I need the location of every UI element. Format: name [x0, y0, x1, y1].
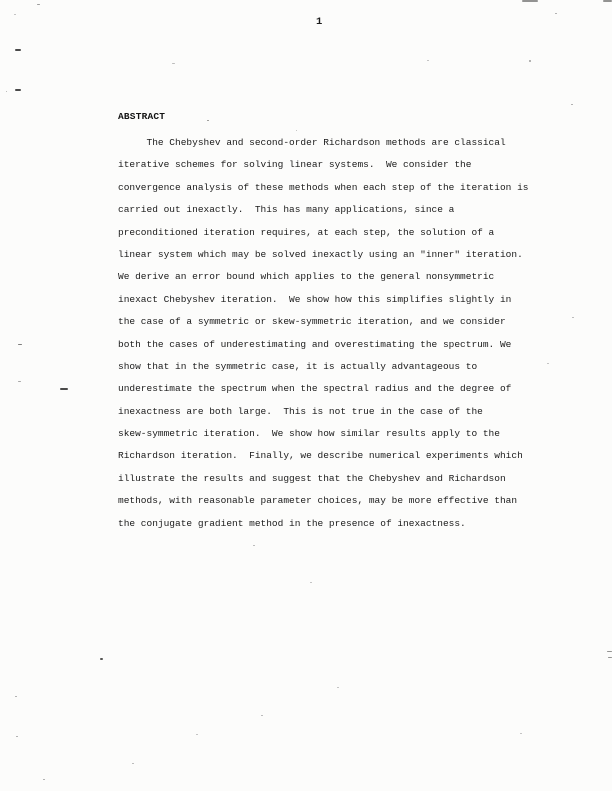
scan-artifact	[608, 657, 612, 658]
scan-artifact	[14, 14, 16, 15]
scan-artifact	[15, 49, 21, 51]
scan-artifact	[196, 734, 198, 735]
paragraph-line: convergence analysis of these methods wh…	[118, 177, 558, 199]
scan-artifact	[6, 91, 7, 92]
paragraph-line: the conjugate gradient method in the pre…	[118, 513, 558, 535]
scan-artifact	[172, 63, 175, 64]
page-number: 1	[316, 16, 322, 28]
scan-artifact	[207, 120, 209, 121]
scan-artifact	[520, 733, 522, 734]
paragraph-line: inexact Chebyshev iteration. We show how…	[118, 289, 558, 311]
paragraph-line: skew-symmetric iteration. We show how si…	[118, 423, 558, 445]
scan-artifact	[100, 658, 103, 660]
paragraph-line: the case of a symmetric or skew-symmetri…	[118, 311, 558, 333]
scan-artifact	[571, 104, 573, 105]
abstract-paragraph: The Chebyshev and second-order Richardso…	[118, 132, 558, 535]
scan-artifact	[43, 779, 45, 780]
scan-artifact	[572, 317, 574, 318]
scan-artifact	[15, 696, 17, 697]
paragraph-line: inexactness are both large. This is not …	[118, 401, 558, 423]
paragraph-line: iterative schemes for solving linear sys…	[118, 154, 558, 176]
scan-artifact	[37, 4, 40, 5]
scan-artifact	[261, 715, 263, 716]
scan-artifact	[603, 0, 612, 2]
paragraph-line: linear system which may be solved inexac…	[118, 244, 558, 266]
paragraph-line: The Chebyshev and second-order Richardso…	[118, 132, 558, 154]
scan-artifact	[310, 582, 312, 583]
scan-artifact	[18, 381, 21, 382]
paragraph-line: both the cases of underestimating and ov…	[118, 334, 558, 356]
paragraph-line: We derive an error bound which applies t…	[118, 266, 558, 288]
scan-artifact	[18, 344, 22, 345]
scan-artifact	[607, 651, 612, 652]
paragraph-line: methods, with reasonable parameter choic…	[118, 490, 558, 512]
scan-artifact	[555, 13, 557, 14]
scan-artifact	[296, 130, 297, 131]
paragraph-line: underestimate the spectrum when the spec…	[118, 378, 558, 400]
scanned-abstract-page: 1 ABSTRACT The Chebyshev and second-orde…	[0, 0, 612, 791]
scan-artifact	[522, 0, 538, 2]
paragraph-line: Richardson iteration. Finally, we descri…	[118, 445, 558, 467]
scan-artifact	[132, 763, 134, 764]
scan-artifact	[253, 545, 255, 546]
scan-artifact	[337, 687, 339, 688]
scan-artifact	[60, 388, 68, 390]
scan-artifact	[15, 89, 21, 91]
scan-artifact	[16, 736, 18, 737]
paragraph-line: show that in the symmetric case, it is a…	[118, 356, 558, 378]
paragraph-line: preconditioned iteration requires, at ea…	[118, 222, 558, 244]
paragraph-line: carried out inexactly. This has many app…	[118, 199, 558, 221]
abstract-heading: ABSTRACT	[118, 111, 165, 122]
scan-artifact	[529, 60, 531, 62]
scan-artifact	[427, 60, 429, 61]
paragraph-line: illustrate the results and suggest that …	[118, 468, 558, 490]
